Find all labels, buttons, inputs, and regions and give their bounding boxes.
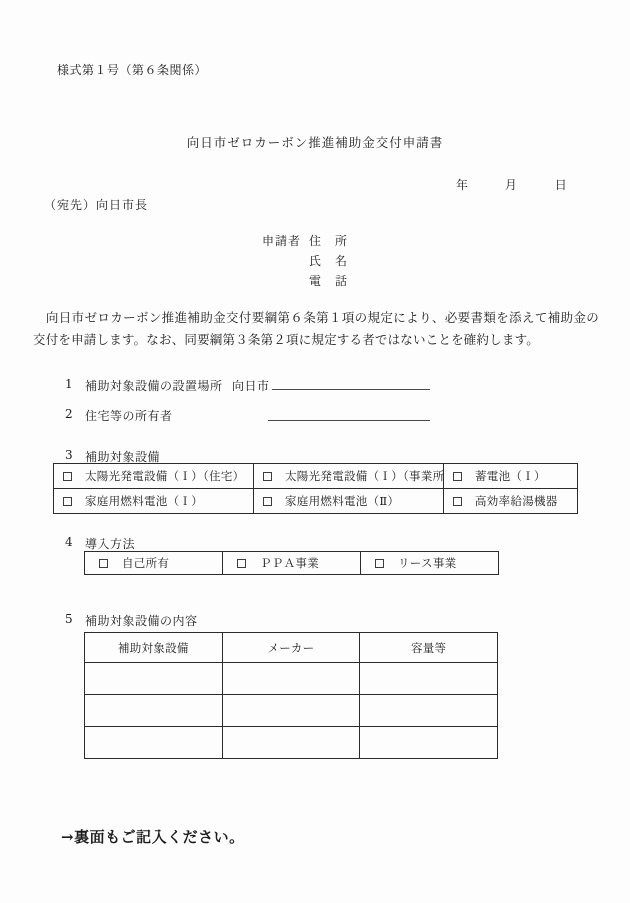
equipment-option-label: 太陽光発電設備（Ｉ）（住宅）: [85, 469, 244, 483]
checkbox-icon[interactable]: [63, 497, 72, 506]
checkbox-icon[interactable]: [99, 559, 108, 568]
method-option-cell: ＰＰＡ事業: [223, 552, 361, 575]
table-header-row: 補助対象設備 メーカー 容量等: [85, 633, 498, 663]
date-line: 年 月 日: [456, 176, 567, 193]
details-header-capacity: 容量等: [360, 633, 498, 663]
details-cell[interactable]: [222, 727, 360, 759]
method-option-cell: 自己所有: [85, 552, 223, 575]
declaration-paragraph: 向日市ゼロカーボン推進補助金交付要綱第６条第１項の規定により、必要書類を添えて補…: [33, 307, 599, 351]
backside-note: →裏面もご記入ください。: [61, 826, 245, 847]
owner-input-line[interactable]: [268, 407, 430, 421]
applicant-name-label: 氏 名: [309, 252, 348, 269]
details-cell[interactable]: [360, 727, 498, 759]
checkbox-icon[interactable]: [263, 472, 272, 481]
month-label: 月: [505, 176, 517, 193]
year-label: 年: [456, 176, 468, 193]
form-number: 様式第１号（第６条関係）: [57, 61, 207, 78]
location-input-line[interactable]: [272, 376, 430, 390]
table-row: [85, 727, 498, 759]
checkbox-icon[interactable]: [375, 559, 384, 568]
method-options-table: 自己所有 ＰＰＡ事業 リース事業: [84, 551, 499, 575]
checkbox-icon[interactable]: [453, 472, 462, 481]
details-header-equipment: 補助対象設備: [85, 633, 223, 663]
method-option-cell: リース事業: [361, 552, 499, 575]
table-row: 太陽光発電設備（Ｉ）（住宅） 太陽光発電設備（Ｉ）（事業所） 蓄電池（Ｉ）: [54, 464, 578, 489]
method-option-label: ＰＰＡ事業: [260, 556, 319, 570]
day-label: 日: [555, 176, 567, 193]
applicant-address-label: 住 所: [309, 232, 348, 249]
section-2-number: 2: [65, 407, 73, 421]
details-cell[interactable]: [85, 695, 223, 727]
details-cell[interactable]: [222, 663, 360, 695]
section-2-label: 住宅等の所有者: [85, 407, 173, 424]
application-form-page: 様式第１号（第６条関係） 向日市ゼロカーボン推進補助金交付申請書 年 月 日 （…: [0, 0, 630, 903]
checkbox-icon[interactable]: [263, 497, 272, 506]
details-cell[interactable]: [85, 663, 223, 695]
table-row: 自己所有 ＰＰＡ事業 リース事業: [85, 552, 499, 575]
table-row: [85, 695, 498, 727]
section-3-number: 3: [65, 448, 73, 462]
equipment-option-cell: 高効率給湯機器: [444, 489, 578, 514]
section-1-label: 補助対象設備の設置場所: [85, 377, 223, 394]
method-option-label: 自己所有: [122, 556, 169, 570]
details-cell[interactable]: [360, 663, 498, 695]
applicant-label: 申請者: [262, 232, 301, 249]
equipment-option-cell: 家庭用燃料電池（Ｉ）: [54, 489, 254, 514]
table-row: [85, 663, 498, 695]
applicant-phone-label: 電 話: [309, 272, 348, 289]
section-4-label: 導入方法: [85, 535, 135, 552]
details-header-maker: メーカー: [222, 633, 360, 663]
equipment-option-cell: 太陽光発電設備（Ｉ）（事業所）: [254, 464, 444, 489]
table-row: 家庭用燃料電池（Ｉ） 家庭用燃料電池（Ⅱ） 高効率給湯機器: [54, 489, 578, 514]
section-4-number: 4: [65, 535, 73, 549]
equipment-options-table: 太陽光発電設備（Ｉ）（住宅） 太陽光発電設備（Ｉ）（事業所） 蓄電池（Ｉ） 家庭…: [53, 463, 578, 514]
equipment-option-label: 家庭用燃料電池（Ⅱ）: [285, 494, 399, 508]
section-1-number: 1: [65, 377, 73, 391]
equipment-option-label: 蓄電池（Ｉ）: [475, 469, 546, 483]
equipment-option-cell: 蓄電池（Ｉ）: [444, 464, 578, 489]
checkbox-icon[interactable]: [63, 472, 72, 481]
location-city-prefix: 向日市: [232, 377, 270, 394]
details-cell[interactable]: [360, 695, 498, 727]
addressee: （宛先）向日市長: [44, 196, 148, 213]
equipment-option-label: 高効率給湯機器: [475, 494, 558, 508]
equipment-details-table: 補助対象設備 メーカー 容量等: [84, 632, 498, 759]
page-title: 向日市ゼロカーボン推進補助金交付申請書: [0, 133, 630, 151]
equipment-option-cell: 家庭用燃料電池（Ⅱ）: [254, 489, 444, 514]
equipment-option-cell: 太陽光発電設備（Ｉ）（住宅）: [54, 464, 254, 489]
checkbox-icon[interactable]: [237, 559, 246, 568]
details-cell[interactable]: [85, 727, 223, 759]
equipment-option-label: 家庭用燃料電池（Ｉ）: [85, 494, 203, 508]
section-5-number: 5: [65, 612, 73, 626]
section-5-label: 補助対象設備の内容: [85, 612, 198, 629]
checkbox-icon[interactable]: [453, 497, 462, 506]
equipment-option-label: 太陽光発電設備（Ｉ）（事業所）: [285, 469, 444, 483]
details-cell[interactable]: [222, 695, 360, 727]
method-option-label: リース事業: [398, 556, 456, 570]
